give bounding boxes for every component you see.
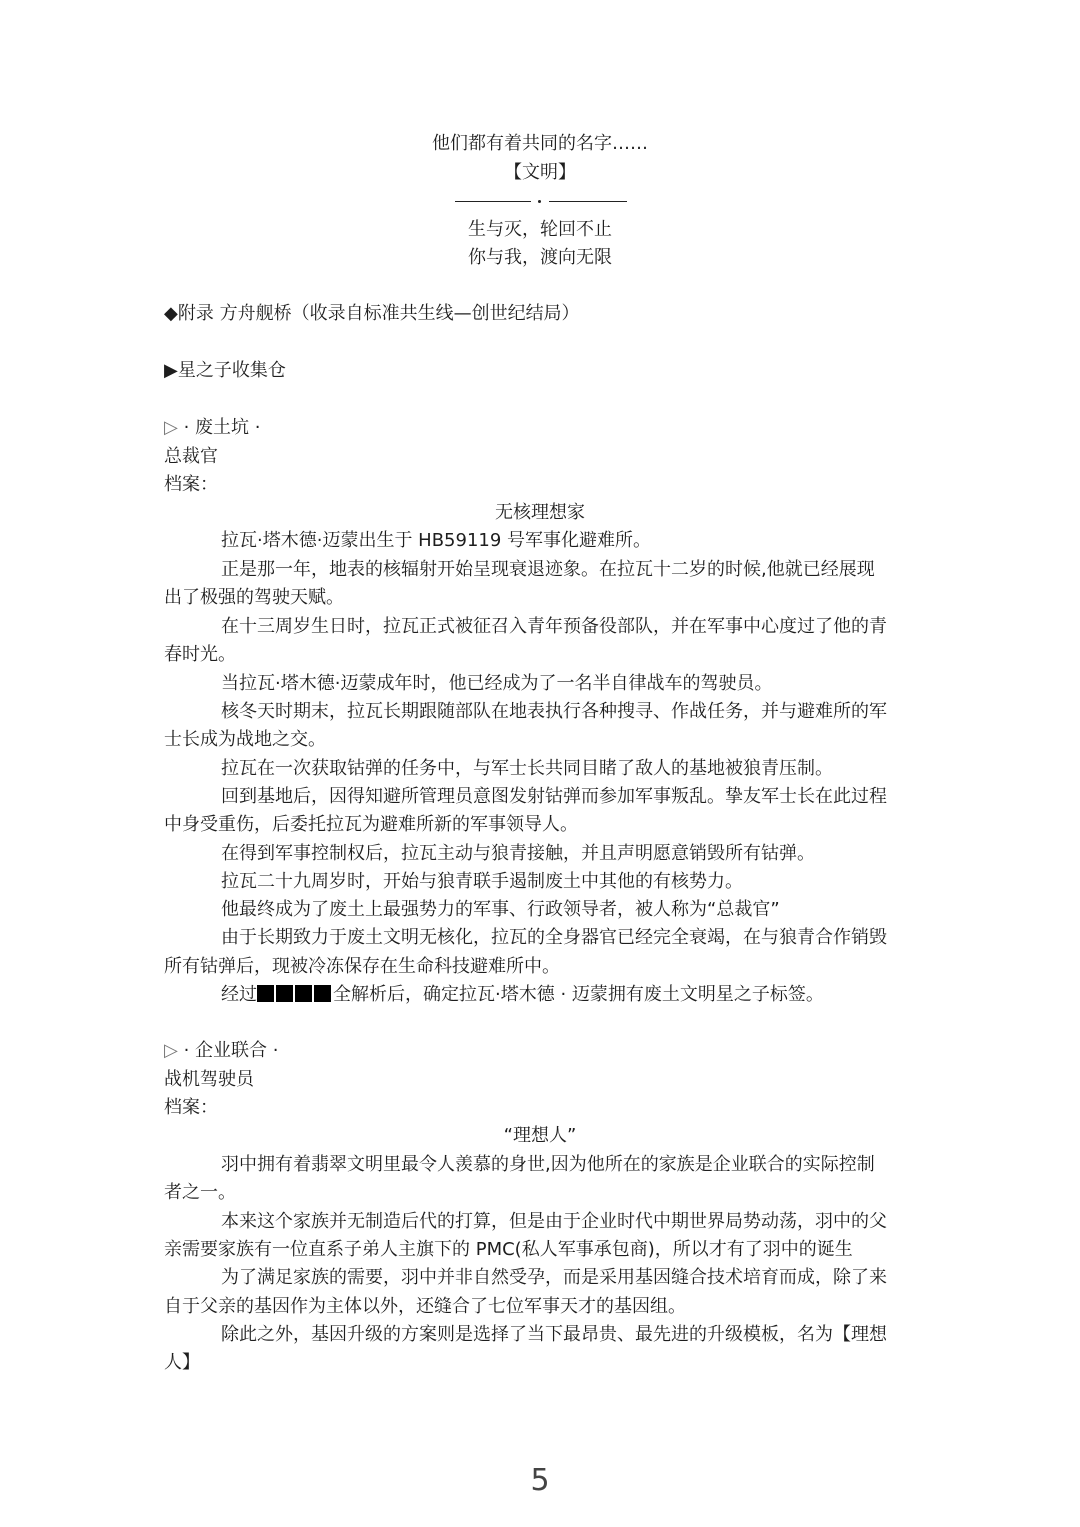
paragraph-final: 经过全解析后，确定拉瓦·塔木德 · 迈蒙拥有废土文明星之子标签。	[221, 983, 824, 1007]
paragraph: 本来这个家族并无制造后代的打算，但是由于企业时代中期世界局势动荡，羽中的父	[221, 1210, 887, 1234]
redacted-block	[295, 985, 312, 1002]
page-number: 5	[0, 1463, 1080, 1499]
entry-faction: ▷ · 废土坑 ·	[164, 416, 260, 440]
paragraph: 在得到军事控制权后，拉瓦主动与狼青接触，并且声明愿意销毁所有钴弹。	[221, 842, 815, 866]
redacted-block	[276, 985, 293, 1002]
redacted-block	[314, 985, 331, 1002]
archive-label: 档案：	[164, 473, 218, 497]
paragraph: 拉瓦在一次获取钴弹的任务中，与军士长共同目睹了敌人的基地被狼青压制。	[221, 757, 833, 781]
entry-subtitle: 无核理想家	[0, 501, 1080, 525]
redacted-block	[257, 985, 274, 1002]
entry-role: 战机驾驶员	[164, 1068, 254, 1092]
collection-title: ▶星之子收集仓	[164, 359, 286, 383]
paragraph-continuation: 者之一。	[164, 1181, 236, 1205]
paragraph: 当拉瓦·塔木德·迈蒙成年时，他已经成为了一名半自律战车的驾驶员。	[221, 672, 772, 696]
paragraph: 他最终成为了废土上最强势力的军事、行政领导者，被人称为“总裁官”	[221, 898, 780, 922]
entry-role: 总裁官	[164, 445, 218, 469]
paragraph: 除此之外，基因升级的方案则是选择了当下最昂贵、最先进的升级模板，名为【理想	[221, 1323, 887, 1347]
paragraph: 拉瓦·塔木德·迈蒙出生于 HB59119 号军事化避难所。	[221, 529, 651, 553]
paragraph: 正是那一年，地表的核辐射开始呈现衰退迹象。在拉瓦十二岁的时候,他就已经展现	[221, 558, 875, 582]
paragraph-continuation: 春时光。	[164, 643, 236, 667]
paragraph: 核冬天时期末，拉瓦长期跟随部队在地表执行各种搜寻、作战任务，并与避难所的军	[221, 700, 887, 724]
document-page: 他们都有着共同的名字…… 【文明】 生与灭，轮回不止 你与我，渡向无限 ◆附录 …	[0, 0, 1080, 1527]
appendix-title: ◆附录 方舟舰桥（收录自标准共生线—创世纪结局）	[164, 302, 580, 326]
paragraph: 由于长期致力于废土文明无核化，拉瓦的全身器官已经完全衰竭，在与狼青合作销毁	[221, 926, 887, 950]
open-triangle-icon: ▷	[164, 1039, 178, 1063]
header-title: 【文明】	[0, 161, 1080, 185]
paragraph-continuation: 自于父亲的基因作为主体以外，还缝合了七位军事天才的基因组。	[164, 1295, 686, 1319]
paragraph-continuation: 所有钴弹后，现被冷冻保存在生命科技避难所中。	[164, 955, 560, 979]
paragraph-continuation: 士长成为战地之交。	[164, 728, 326, 752]
archive-label: 档案：	[164, 1096, 218, 1120]
paragraph: 回到基地后，因得知避所管理员意图发射钴弹而参加军事叛乱。挚友军士长在此过程	[221, 785, 887, 809]
paragraph: 为了满足家族的需要，羽中并非自然受孕，而是采用基因缝合技术培育而成，除了来	[221, 1266, 887, 1290]
paragraph-continuation: 亲需要家族有一位直系子弟人主旗下的 PMC(私人军事承包商)，所以才有了羽中的诞…	[164, 1238, 853, 1262]
poem-line: 生与灭，轮回不止	[0, 218, 1080, 242]
open-triangle-icon: ▷	[164, 416, 178, 440]
paragraph: 羽中拥有着翡翠文明里最令人羡慕的身世,因为他所在的家族是企业联合的实际控制	[221, 1153, 875, 1177]
paragraph-continuation: 中身受重伤，后委托拉瓦为避难所新的军事领导人。	[164, 813, 578, 837]
entry-subtitle: “理想人”	[0, 1124, 1080, 1148]
divider	[455, 201, 627, 203]
paragraph-continuation: 人】	[164, 1351, 200, 1375]
header-line: 他们都有着共同的名字……	[0, 132, 1080, 156]
entry-faction: ▷ · 企业联合 ·	[164, 1039, 278, 1063]
poem-line: 你与我，渡向无限	[0, 246, 1080, 270]
paragraph: 拉瓦二十九周岁时，开始与狼青联手遏制废土中其他的有核势力。	[221, 870, 743, 894]
paragraph-continuation: 出了极强的驾驶天赋。	[164, 586, 344, 610]
paragraph: 在十三周岁生日时，拉瓦正式被征召入青年预备役部队，并在军事中心度过了他的青	[221, 615, 887, 639]
